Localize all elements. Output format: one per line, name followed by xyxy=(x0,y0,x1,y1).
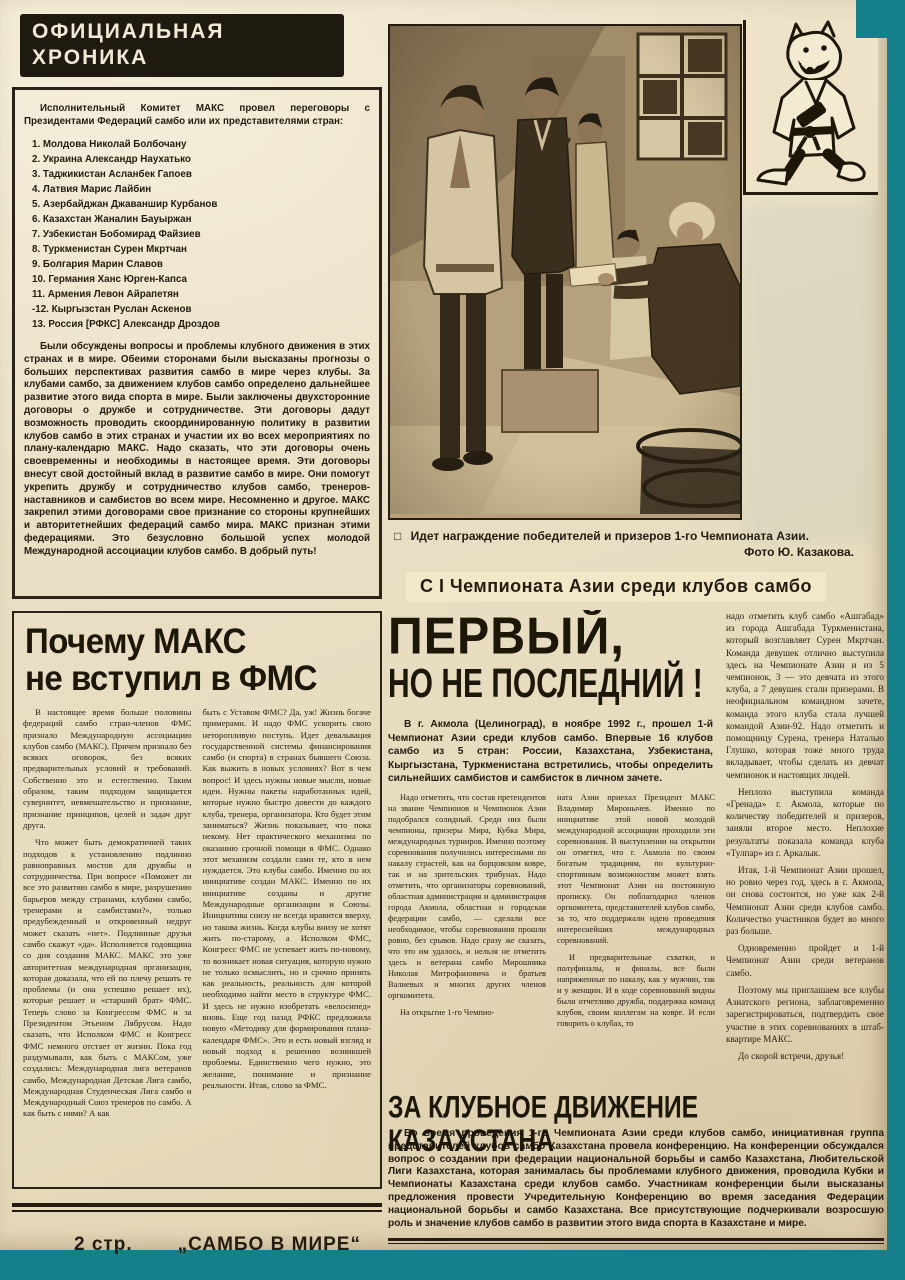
photo-caption-square-icon: □ xyxy=(394,528,401,544)
page-footer: 2 стр. „САМБО В МИРЕ“ xyxy=(12,1234,382,1256)
newspaper-name: „САМБО В МИРЕ“ xyxy=(178,1234,361,1256)
delegate-item: 4. Латвия Марис Лайбин xyxy=(32,182,370,197)
article-column-2: ната Азии приехал Президент МАКС Владими… xyxy=(557,792,715,1088)
delegate-item: 6. Казахстан Жаналин Бауыржан xyxy=(32,212,370,227)
photo-credit: Фото Ю. Казакова. xyxy=(394,544,880,560)
article-column-1: В настоящее время больше половины федера… xyxy=(23,707,192,1185)
paragraph: И предварительные схватки, и полуфиналы,… xyxy=(557,952,715,1029)
lynx-mascot-illustration xyxy=(743,20,878,195)
paragraph: быть с Уставом ФМС? Да, уж! Жизнь богаче… xyxy=(203,707,372,1091)
newspaper-page: ОФИЦИАЛЬНАЯ ХРОНИКА Исполнительный Комит… xyxy=(0,0,887,1250)
article-why-maks: Почему МАКС не вступил в ФМС В настоящее… xyxy=(12,611,382,1189)
paragraph: В настоящее время больше половины федера… xyxy=(23,707,192,831)
photo-artwork xyxy=(390,26,740,514)
paragraph: Неплохо выступила команда «Гренада» г. А… xyxy=(726,786,884,859)
headline-line-1: ПЕРВЫЙ, xyxy=(388,610,715,662)
delegate-item: 9. Болгария Марин Славов xyxy=(32,257,370,272)
kicker-asia-championship: С I Чемпионата Азии среди клубов самбо xyxy=(406,572,826,602)
footer-double-rule xyxy=(12,1203,382,1212)
headline-line-2: не вступил в ФМС xyxy=(25,660,371,700)
article-column-2: быть с Уставом ФМС? Да, уж! Жизнь богаче… xyxy=(203,707,372,1185)
right-column: □ Идет награждение победителей и призеро… xyxy=(388,14,884,1250)
delegate-item: 3. Таджикистан Асланбек Гапоев xyxy=(32,167,370,182)
article-headline: Почему МАКС не вступил в ФМС xyxy=(25,623,371,697)
bottom-double-rule xyxy=(388,1238,884,1244)
section-title-official-chronicle: ОФИЦИАЛЬНАЯ ХРОНИКА xyxy=(20,14,344,77)
article-head: ПЕРВЫЙ, НО НЕ ПОСЛЕДНИЙ ! В г. Акмола (Ц… xyxy=(388,610,715,786)
paragraph: До скорой встречи, друзья! xyxy=(726,1050,884,1062)
delegate-item: 13. Россия [РФКС] Александр Дроздов xyxy=(32,317,370,332)
delegates-list: 1. Молдова Николай Болбочану 2. Украина … xyxy=(24,137,370,332)
left-column: ОФИЦИАЛЬНАЯ ХРОНИКА Исполнительный Комит… xyxy=(12,14,382,1256)
lynx-mascot-drawing xyxy=(746,20,878,189)
article-intro: Исполнительный Комитет МАКС провел перег… xyxy=(24,102,370,128)
delegate-item: 11. Армения Левон Айрапетян xyxy=(32,287,370,302)
article-maks-negotiations: Исполнительный Комитет МАКС провел перег… xyxy=(12,87,382,599)
delegate-item: 1. Молдова Николай Болбочану xyxy=(32,137,370,152)
award-ceremony-photo xyxy=(388,24,742,520)
paragraph: Одновременно пройдет и 1-й Чемпионат Ази… xyxy=(726,942,884,979)
delegate-item: 5. Азербайджан Джаваншир Курбанов xyxy=(32,197,370,212)
paragraph: ната Азии приехал Президент МАКС Владими… xyxy=(557,792,715,946)
delegate-item: 7. Узбекистан Бобомирад Файзиев xyxy=(32,227,370,242)
paragraph: На открытие 1-го Чемпио- xyxy=(388,1007,546,1018)
delegate-item: 8. Туркменистан Сурен Мкртчан xyxy=(32,242,370,257)
page-corner-background xyxy=(856,0,905,38)
paragraph: Поэтому мы приглашаем все клубы Азиатско… xyxy=(726,984,884,1045)
paragraph: Что может быть демократичней таких подхо… xyxy=(23,837,192,1119)
paragraph: Надо отметить, что состав претендентов н… xyxy=(388,792,546,1001)
page-number: 2 стр. xyxy=(74,1234,133,1256)
article-columns: В настоящее время больше половины федера… xyxy=(23,707,371,1185)
headline-line-2: НО НЕ ПОСЛЕДНИЙ ! xyxy=(388,662,715,710)
article-body: Были обсуждены вопросы и проблемы клубно… xyxy=(24,341,370,559)
delegate-item: -12. Кыргызстан Руслан Аскенов xyxy=(32,302,370,317)
paragraph: Итак, 1-й Чемпионат Азии прошел, но ровн… xyxy=(726,864,884,937)
article-club-movement: ЗА КЛУБНОЕ ДВИЖЕНИЕ КАЗАХСТАНА Во время … xyxy=(388,1090,884,1246)
paragraph: надо отметить клуб самбо «Ашгабад» из го… xyxy=(726,610,884,781)
article-headline: ЗА КЛУБНОЕ ДВИЖЕНИЕ КАЗАХСТАНА xyxy=(388,1090,884,1124)
article-first-not-last: ПЕРВЫЙ, НО НЕ ПОСЛЕДНИЙ ! В г. Акмола (Ц… xyxy=(388,610,884,1088)
article-lead: В г. Акмола (Целиноград), в ноябре 1992 … xyxy=(388,718,713,786)
print-bleed-through xyxy=(742,205,874,540)
delegate-item: 10. Германия Ханс Юрген-Капса xyxy=(32,272,370,287)
delegate-item: 2. Украина Александр Наухатько xyxy=(32,152,370,167)
article-column-3: надо отметить клуб самбо «Ашгабад» из го… xyxy=(726,610,884,1088)
article-column-1: Надо отметить, что состав претендентов н… xyxy=(388,792,546,1088)
